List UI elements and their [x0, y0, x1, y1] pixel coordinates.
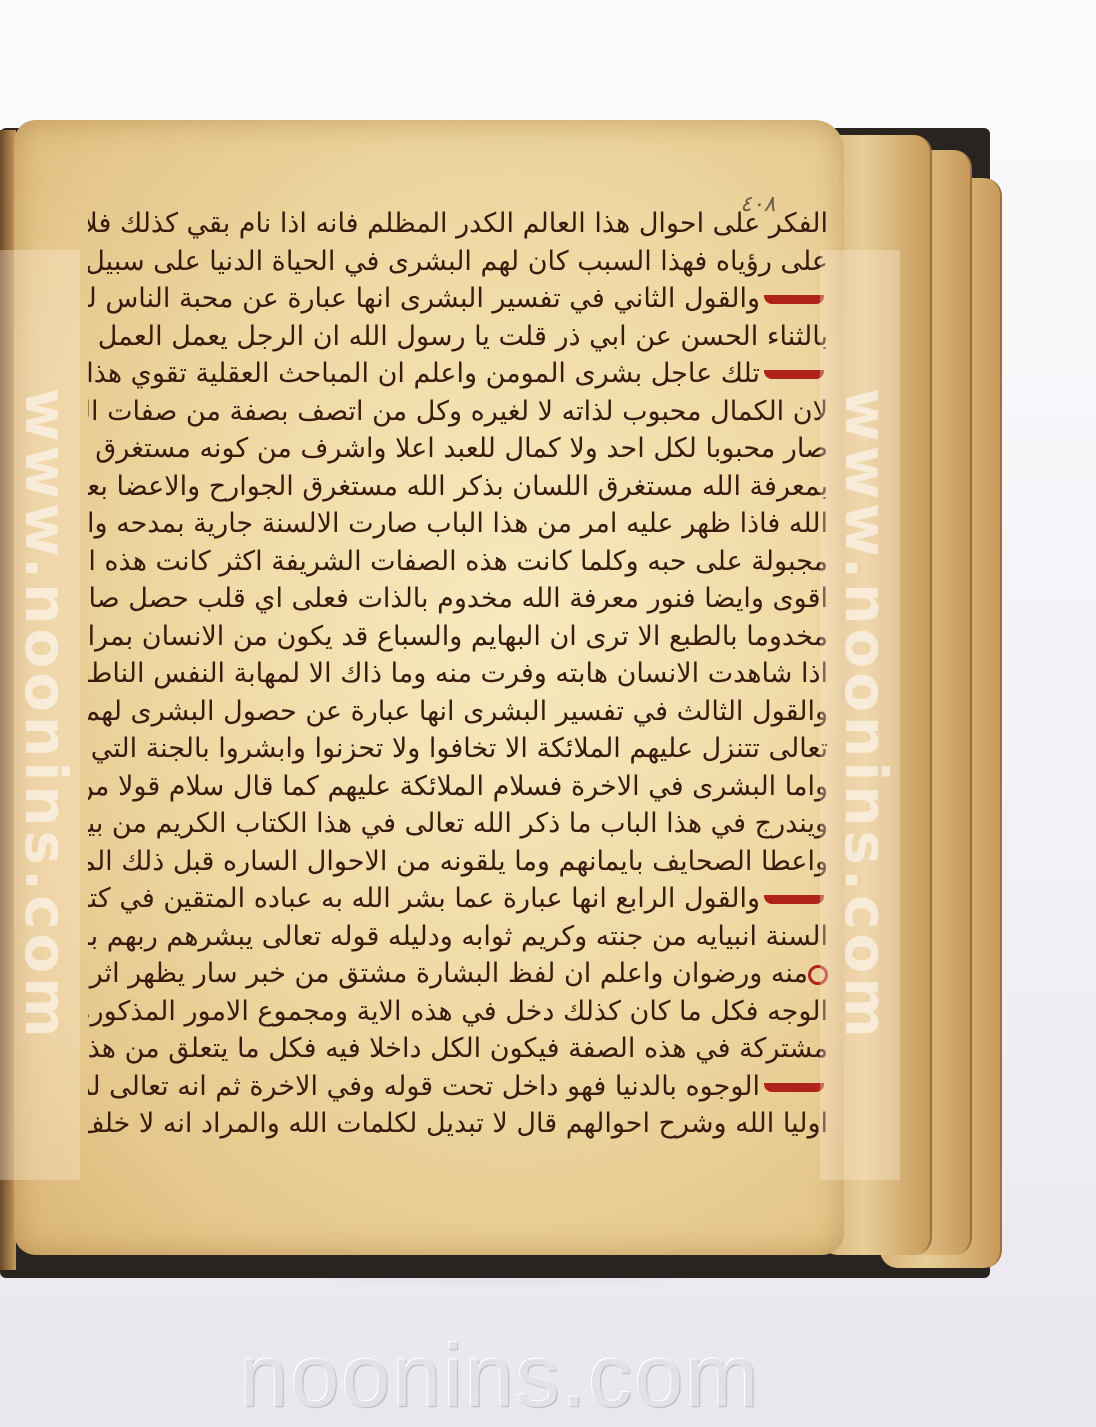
- text-line: على رؤياه فهذا السبب كان لهم البشرى في ا…: [88, 243, 828, 281]
- watermark-right: www.noonins.com: [820, 250, 900, 1180]
- text-line: واعطا الصحايف بايمانهم وما يلقونه من الا…: [88, 843, 828, 881]
- rubric-overline-icon: [764, 895, 824, 904]
- text-line-content: والقول الرابع انها عبارة عما بشر الله به…: [88, 883, 760, 914]
- text-line-rubricated: منه ورضوان واعلم ان لفظ البشارة مشتق من …: [88, 955, 828, 993]
- text-line: صار محبوبا لكل احد ولا كمال للعبد اعلا و…: [88, 430, 828, 468]
- text-line: والقول الثالث في تفسير البشرى انها عبارة…: [88, 693, 828, 731]
- text-line: بمعرفة الله مستغرق اللسان بذكر الله مستغ…: [88, 468, 828, 506]
- text-line-rubricated: والقول الثاني في تفسير البشرى انها عبارة…: [88, 280, 828, 318]
- text-line-content: الوجوه بالدنيا فهو داخل تحت قوله وفي الا…: [88, 1071, 760, 1102]
- text-line-rubricated: تلك عاجل بشرى المومن واعلم ان المباحث ال…: [88, 355, 828, 393]
- text-line: السنة انبيايه من جنته وكريم ثوابه ودليله…: [88, 918, 828, 956]
- watermark-bottom: noonins.com: [150, 1325, 850, 1427]
- text-line-rubricated: الوجوه بالدنيا فهو داخل تحت قوله وفي الا…: [88, 1068, 828, 1106]
- manuscript-text-block: الفكر على احوال هذا العالم الكدر المظلم …: [88, 205, 828, 1143]
- text-line-rubricated: واما البشرى في الاخرة فسلام الملائكة علي…: [88, 768, 828, 806]
- text-line: مجبولة على حبه وكلما كانت هذه الصفات الش…: [88, 543, 828, 581]
- rubric-overline-icon: [764, 295, 824, 304]
- text-line: الوجه فكل ما كان كذلك دخل في هذه الاية و…: [88, 993, 828, 1031]
- text-line: لان الكمال محبوب لذاته لا لغيره وكل من ا…: [88, 393, 828, 431]
- rubric-overline-icon: [764, 370, 824, 379]
- text-line: الله فاذا ظهر عليه امر من هذا الباب صارت…: [88, 505, 828, 543]
- text-line-content: والقول الثاني في تفسير البشرى انها عبارة…: [88, 283, 760, 314]
- text-line-content: واما البشرى في الاخرة فسلام الملائكة علي…: [88, 771, 828, 802]
- text-line: بالثناء الحسن عن ابي ذر قلت يا رسول الله…: [88, 318, 828, 356]
- text-line: اقوى وايضا فنور معرفة الله مخدوم بالذات …: [88, 580, 828, 618]
- text-line: مخدوما بالطبع الا ترى ان البهايم والسباع…: [88, 618, 828, 656]
- text-line: مشتركة في هذه الصفة فيكون الكل داخلا فيه…: [88, 1030, 828, 1068]
- rubric-overline-icon: [764, 1083, 824, 1092]
- watermark-left: www.noonins.com: [0, 250, 80, 1180]
- text-line-content: تلك عاجل بشرى المومن واعلم ان المباحث ال…: [88, 358, 760, 389]
- text-line: الفكر على احوال هذا العالم الكدر المظلم …: [88, 205, 828, 243]
- text-line-content: منه ورضوان واعلم ان لفظ البشارة مشتق من …: [88, 958, 808, 989]
- text-line-rubricated: والقول الرابع انها عبارة عما بشر الله به…: [88, 880, 828, 918]
- text-line: اوليا الله وشرح احوالهم قال لا تبديل لكل…: [88, 1105, 828, 1143]
- text-line: اذا شاهدت الانسان هابته وفرت منه وما ذاك…: [88, 655, 828, 693]
- text-line: ويندرج في هذا الباب ما ذكر الله تعالى في…: [88, 805, 828, 843]
- text-line: تعالى تتنزل عليهم الملائكة الا تخافوا ول…: [88, 730, 828, 768]
